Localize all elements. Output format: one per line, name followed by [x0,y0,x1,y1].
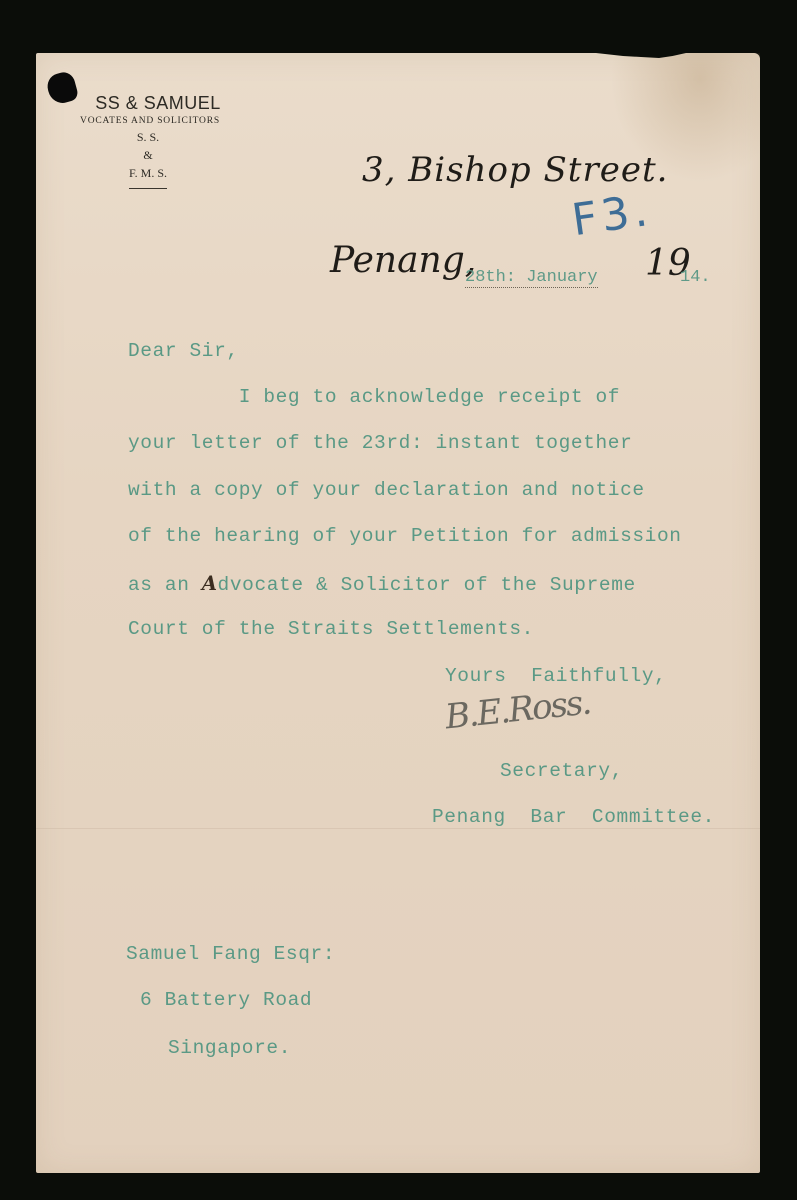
place-name: Penang, [330,240,476,281]
body-line-2: your letter of the 23rd: instant togethe… [128,432,632,454]
signatory-title: Secretary, [500,760,623,782]
closing: Yours Faithfully, [445,665,666,687]
fold-line [36,828,760,829]
letterhead-subtitle: VOCATES AND SOLICITORS [38,114,258,128]
year-typed: 14. [680,268,711,287]
recipient-city: Singapore. [168,1037,291,1059]
address-line: 3, Bishop Street. [362,150,668,190]
handwritten-correction: A [202,572,218,595]
body-line-1: I beg to acknowledge receipt of [128,386,620,408]
document-scan: SS & SAMUEL VOCATES AND SOLICITORS S. S.… [0,0,797,1200]
salutation: Dear Sir, [128,340,239,362]
letterhead-rule [129,188,167,189]
body-line-5-prefix: as an [128,574,202,596]
recipient-name: Samuel Fang Esqr: [126,943,335,965]
body-line-5: as an Advocate & Solicitor of the Suprem… [128,572,636,596]
date-text: 28th: January [465,268,598,288]
signatory-org: Penang Bar Committee. [432,806,715,828]
file-annotation: F3. [569,185,655,247]
body-line-6: Court of the Straits Settlements. [128,618,534,640]
letterhead: SS & SAMUEL VOCATES AND SOLICITORS S. S.… [38,92,258,189]
letterhead-jurisdiction-1: S. S. [38,128,258,146]
letterhead-jurisdiction-2: F. M. S. [38,164,258,182]
body-line-5-rest: dvocate & Solicitor of the Supreme [218,574,636,596]
body-line-4: of the hearing of your Petition for admi… [128,525,682,547]
recipient-street: 6 Battery Road [140,989,312,1011]
letterhead-ampersand: & [38,146,258,164]
body-line-3: with a copy of your declaration and noti… [128,479,645,501]
date-typed: 28th: January [465,268,598,287]
letterhead-firm: SS & SAMUEL [38,92,258,114]
